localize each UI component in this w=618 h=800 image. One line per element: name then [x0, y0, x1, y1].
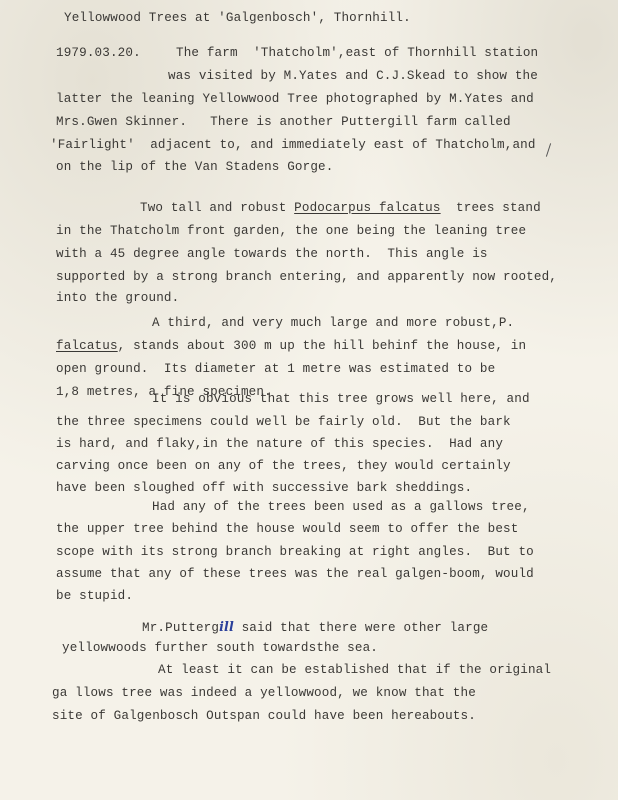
paragraph-4-line-2: the three specimens could well be fairly…: [56, 415, 511, 429]
document-page: Yellowwood Trees at 'Galgenbosch', Thorn…: [0, 0, 618, 800]
paragraph-4-line-4: carving once been on any of the trees, t…: [56, 459, 511, 473]
paragraph-7-line-3: site of Galgenbosch Outspan could have b…: [52, 709, 476, 723]
pen-stroke-mark: [546, 143, 551, 157]
paragraph-5-line-3: scope with its strong branch breaking at…: [56, 545, 534, 559]
paragraph-5-line-5: be stupid.: [56, 589, 133, 603]
paragraph-1-line-3: latter the leaning Yellowwood Tree photo…: [56, 92, 534, 106]
paragraph-4-line-3: is hard, and flaky,in the nature of this…: [56, 437, 503, 451]
paragraph-2-line-1: Two tall and robust Podocarpus falcatus …: [140, 201, 541, 215]
paragraph-5-line-2: the upper tree behind the house would se…: [56, 522, 518, 536]
paragraph-1-line-5: 'Fairlight' adjacent to, and immediately…: [50, 138, 536, 152]
paragraph-2-text-end: trees stand: [441, 201, 541, 215]
paragraph-5-line-4: assume that any of these trees was the r…: [56, 567, 534, 581]
paragraph-2-line-2: in the Thatcholm front garden, the one b…: [56, 224, 526, 238]
paragraph-1-line-1: The farm 'Thatcholm',east of Thornhill s…: [176, 46, 538, 60]
paragraph-5-line-1: Had any of the trees been used as a gall…: [152, 500, 530, 514]
paragraph-2-line-4: supported by a strong branch entering, a…: [56, 270, 557, 284]
paragraph-6-text: Mr.Putterg: [142, 621, 219, 635]
document-title: Yellowwood Trees at 'Galgenbosch', Thorn…: [64, 11, 411, 25]
paragraph-1-line-6: on the lip of the Van Stadens Gorge.: [56, 160, 333, 174]
paragraph-3-line-3: open ground. Its diameter at 1 metre was…: [56, 362, 495, 376]
paragraph-3-line-2: falcatus, stands about 300 m up the hill…: [56, 339, 526, 353]
paragraph-2-line-5: into the ground.: [56, 291, 179, 305]
paragraph-7-line-1: At least it can be established that if t…: [158, 663, 551, 677]
paragraph-3-line-1: A third, and very much large and more ro…: [152, 316, 514, 330]
paragraph-6-line-1: Mr.Puttergill said that there were other…: [142, 620, 488, 635]
paragraph-6-line-2: yellowwoods further south towardsthe sea…: [62, 641, 378, 655]
paragraph-7-line-2: ga llows tree was indeed a yellowwood, w…: [52, 686, 476, 700]
species-name-underlined: falcatus: [56, 339, 118, 353]
document-date: 1979.03.20.: [56, 46, 141, 60]
paragraph-3-text: , stands about 300 m up the hill behinf …: [118, 339, 527, 353]
paragraph-1-line-2: was visited by M.Yates and C.J.Skead to …: [168, 69, 538, 83]
paragraph-2-line-3: with a 45 degree angle towards the north…: [56, 247, 488, 261]
species-name-underlined: Podocarpus falcatus: [294, 201, 440, 215]
paragraph-4-line-1: It is obvious that this tree grows well …: [152, 392, 530, 406]
paragraph-1-line-4: Mrs.Gwen Skinner. There is another Putte…: [56, 115, 511, 129]
paragraph-6-text-end: said that there were other large: [234, 621, 488, 635]
paragraph-4-line-5: have been sloughed off with successive b…: [56, 481, 472, 495]
handwritten-correction: ill: [219, 619, 234, 634]
paragraph-2-text: Two tall and robust: [140, 201, 294, 215]
